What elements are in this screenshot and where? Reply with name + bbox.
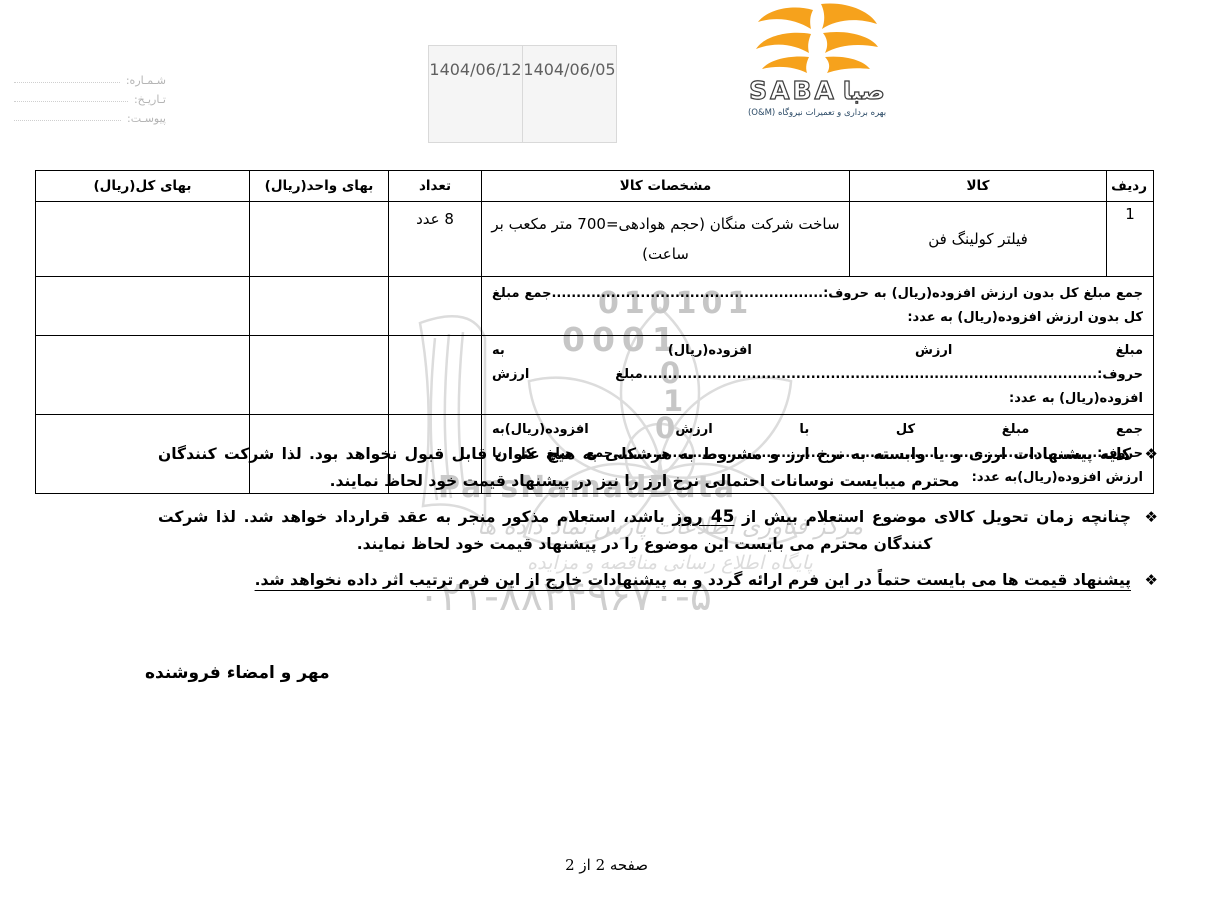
col-header-quantity: تعداد <box>389 171 482 202</box>
cell-quantity: 8 عدد <box>389 202 482 277</box>
field-date: تـاریـخ: <box>14 87 166 106</box>
cell-row-number: 1 <box>1107 202 1154 277</box>
diamond-bullet-icon: ❖ <box>1145 504 1158 531</box>
note-text: کلیه پیشنهادات ارزی و یا وابسته به نرخ ا… <box>158 445 1131 490</box>
col-header-item: کالا <box>850 171 1107 202</box>
diamond-bullet-icon: ❖ <box>1145 567 1158 594</box>
note-delivery-condition: ❖ چنانچه زمان تحویل کالای موضوع استعلام … <box>158 504 1158 558</box>
cell-item-specs: ساخت شرکت منگان (حجم هوادهی=700 متر مکعب… <box>482 202 850 277</box>
field-attachment: پیوسـت: <box>14 106 166 125</box>
sum-label-words: جمع مبلغ کل بدون ارزش افزوده(ریال) به حر… <box>823 286 1143 301</box>
note-form-condition: ❖ پیشنهاد قیمت ها می بایست حتماً در این … <box>158 567 1158 594</box>
dotted-fill-line <box>14 101 128 102</box>
note-text-pre: چنانچه زمان تحویل کالای موضوع استعلام بی… <box>734 508 1131 526</box>
note-currency-condition: ❖ کلیه پیشنهادات ارزی و یا وابسته به نرخ… <box>158 441 1158 495</box>
col-header-unit-price: بهای واحد(ریال) <box>250 171 389 202</box>
saba-logo: SABA صبا بهره برداری و تعمیرات نیروگاه (… <box>723 2 911 118</box>
col-header-specs: مشخصات کالا <box>482 171 850 202</box>
date-value: 1404/06/12 <box>429 60 521 79</box>
vat-amount-text: مبلغ ارزش افزوده(ریال) به حروف:.........… <box>482 336 1154 415</box>
cell-empty <box>389 336 482 415</box>
note-text: پیشنهاد قیمت ها می بایست حتماً در این فر… <box>255 571 1131 589</box>
saba-logo-tagline: بهره برداری و تعمیرات نیروگاه (O&M) <box>723 108 911 118</box>
cell-empty <box>250 336 389 415</box>
conditions-notes: ❖ کلیه پیشنهادات ارزی و یا وابسته به نرخ… <box>158 441 1158 603</box>
dotted-fill-line <box>14 82 120 83</box>
saba-wordmark-latin: SABA <box>749 76 837 105</box>
cell-empty <box>250 277 389 336</box>
dotted-fill-line <box>14 120 121 121</box>
table-header-row: ردیف کالا مشخصات کالا تعداد بهای واحد(ری… <box>36 171 1154 202</box>
cell-empty <box>389 277 482 336</box>
sum-row-without-vat: جمع مبلغ کل بدون ارزش افزوده(ریال) به حر… <box>36 277 1154 336</box>
date-box-issue: 1404/06/05 <box>523 45 617 143</box>
letterhead-reference-fields: شـمـاره: تـاریـخ: پیوسـت: <box>14 68 166 125</box>
cell-item-name: فیلتر کولینگ فن <box>850 202 1107 277</box>
seller-seal-signature-label: مهر و امضاء فروشنده <box>145 663 330 683</box>
date-box-deadline: 1404/06/12 <box>428 45 523 143</box>
col-header-row-number: ردیف <box>1107 171 1154 202</box>
vat-amount-row: مبلغ ارزش افزوده(ریال) به حروف:.........… <box>36 336 1154 415</box>
field-number-label: شـمـاره: <box>126 74 166 87</box>
field-number: شـمـاره: <box>14 68 166 87</box>
sum-without-vat-text: جمع مبلغ کل بدون ارزش افزوده(ریال) به حر… <box>482 277 1154 336</box>
diamond-bullet-icon: ❖ <box>1145 441 1158 468</box>
saba-wordmark: SABA صبا <box>723 76 911 105</box>
saba-wordmark-arabic: صبا <box>843 77 885 105</box>
saba-logo-icon <box>751 2 883 76</box>
date-boxes: 1404/06/12 1404/06/05 <box>428 45 617 143</box>
cell-empty <box>36 277 250 336</box>
date-value: 1404/06/05 <box>523 60 615 79</box>
note-45-days-emphasis: 45 روز <box>672 507 734 527</box>
table-row: 1 فیلتر کولینگ فن ساخت شرکت منگان (حجم ه… <box>36 202 1154 277</box>
cell-total-price <box>36 202 250 277</box>
cell-unit-price <box>250 202 389 277</box>
page-number: صفحه 2 از 2 <box>0 856 1213 874</box>
cell-empty <box>36 336 250 415</box>
dotted-leader: ........................................… <box>551 286 823 301</box>
field-date-label: تـاریـخ: <box>134 93 166 106</box>
field-attachment-label: پیوسـت: <box>127 112 166 125</box>
dotted-leader: ........................................… <box>643 367 1097 382</box>
col-header-total-price: بهای کل(ریال) <box>36 171 250 202</box>
